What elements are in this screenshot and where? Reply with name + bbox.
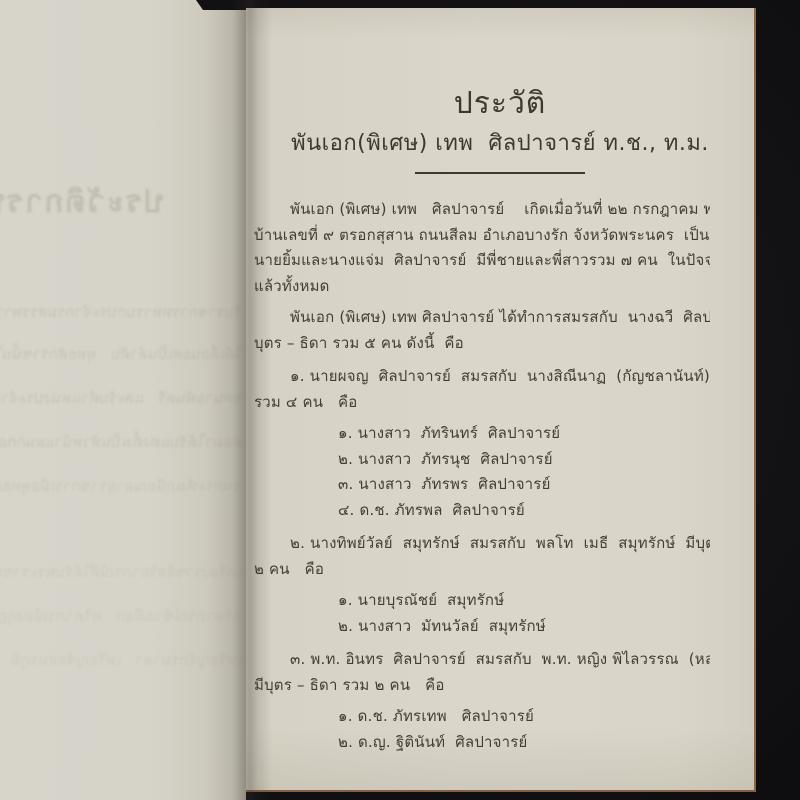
page-subtitle: พันเอก(พิเศษ) เทพ ศิลปาจารย์ ท.ช., ท.ม. [246,130,754,158]
text-line: บุตร – ธิดา รวม ๕ คน ดังนี้ คือ [254,331,710,357]
text-line: มีบุตร – ธิดา รวม ๒ คน คือ [254,673,710,699]
sub-list-item: ๔. ด.ช. ภัทรพล ศิลปาจารย์ [254,498,710,524]
bleed-through-line: ยศนายพันตรี และรับตำแหน่งประจำแผนกที่สอง [0,386,242,410]
text-line: รวม ๔ คน คือ [254,390,710,416]
bleed-through-line: จนกระทั่งเกษียณอายุราชการเมื่อพุทธศักราช [0,474,242,498]
page-header: ประวัติ พันเอก(พิเศษ) เทพ ศิลปาจารย์ ท.ช… [246,8,754,174]
divider-rule [415,172,585,174]
list-item: ๑. นายผจญ ศิลปาจารย์ สมรสกับ นางสิณีนาฏ … [254,364,710,390]
page-title: ประวัติ [246,86,754,122]
sub-list-item: ๑. ด.ช. ภัทรเทพ ศิลปาจารย์ [254,704,710,730]
list-item: ๒. นางทิพย์วัลย์ สมุทรักษ์ สมรสกับ พลโท … [254,531,710,557]
bleed-through-line: เครื่องราชอิสริยาภรณ์ที่ได้รับพระราชทาน [0,560,242,584]
bleed-through-heading: ประวัติการทำงาน [0,176,164,226]
bleed-through-line: ต่อมาได้รับแต่งตั้งเป็นหัวหน้าแผนกกองบัง… [0,430,242,454]
bleed-through-line: รับราชการทหารบกประจำกรมสรรพาวุธทหารบก [0,300,242,324]
bleed-through-line: เหรียญจักรมาลา เหรียญชัยสมรภูมิ [0,648,242,672]
right-page: ประวัติ พันเอก(พิเศษ) เทพ ศิลปาจารย์ ท.ช… [246,8,756,792]
text-line: พันเอก (พิเศษ) เทพ ศิลปาจารย์ ได้ทำการสม… [254,305,710,331]
sub-list-item: ๒. นางสาว มัทนวัลย์ สมุทรักษ์ [254,614,710,640]
biography-text: พันเอก (พิเศษ) เทพ ศิลปาจารย์ เกิดเมื่อว… [246,197,754,755]
bleed-through-line: ตริตาภรณ์ช้างเผือก ตริตาภรณ์มงกุฎไทย [0,604,242,628]
sub-list-item: ๑. นายบุรณัชย์ สมุทรักษ์ [254,588,710,614]
open-book-photo: ประวัติการทำงาน รับราชการทหารบกประจำกรมส… [0,0,800,800]
text-line: พันเอก (พิเศษ) เทพ ศิลปาจารย์ เกิดเมื่อว… [254,197,710,223]
list-item: ๓. พ.ท. อินทร ศิลปาจารย์ สมรสกับ พ.ท. หญ… [254,647,710,673]
text-line: บ้านเลขที่ ๙ ตรอกสุสาน ถนนสีลม อำเภอบางร… [254,223,710,249]
bleed-through-line: ได้เลื่อนยศเป็นลำดับ พุทธศักราชนั้นได้รั… [0,342,242,366]
sub-list-item: ๒. นางสาว ภัทรนุช ศิลปาจารย์ [254,447,710,473]
text-line: ๒ คน คือ [254,557,710,583]
text-line: แล้วทั้งหมด [254,274,710,300]
text-line: นายยิ้มและนางแจ่ม ศิลปาจารย์ มีพี่ชายและ… [254,248,710,274]
sub-list-item: ๑. นางสาว ภัทรินทร์ ศิลปาจารย์ [254,421,710,447]
left-page: ประวัติการทำงาน รับราชการทหารบกประจำกรมส… [0,0,246,800]
sub-list-item: ๓. นางสาว ภัทรพร ศิลปาจารย์ [254,472,710,498]
sub-list-item: ๒. ด.ญ. ฐิตินันท์ ศิลปาจารย์ [254,730,710,756]
